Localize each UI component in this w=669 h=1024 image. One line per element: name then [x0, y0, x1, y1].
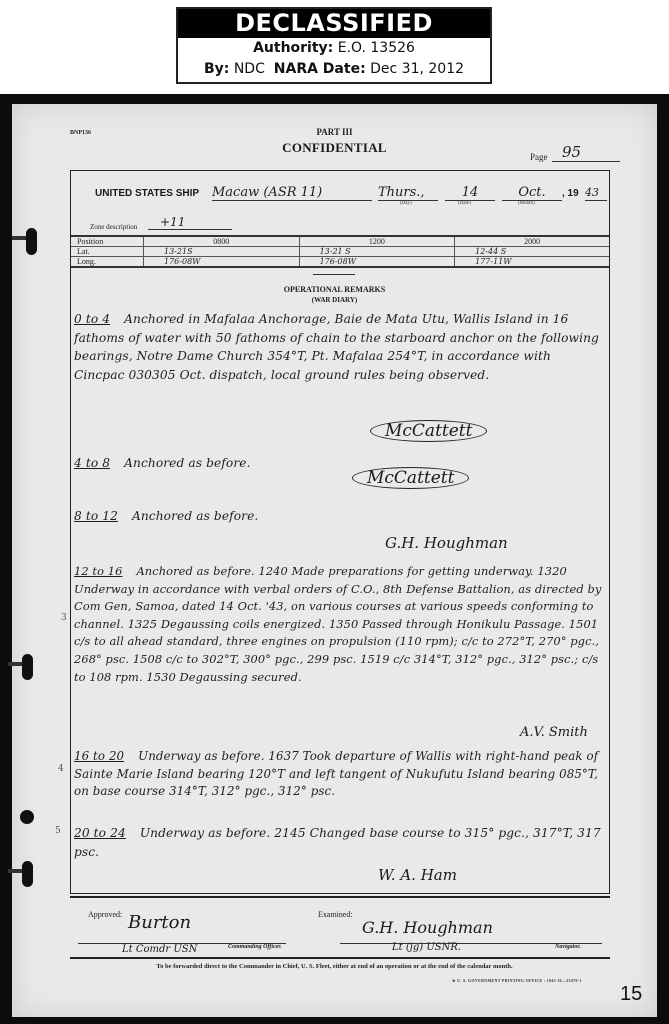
ship-label: UNITED STATES SHIP — [95, 188, 199, 199]
lat-1200: 13-21 S — [299, 247, 455, 257]
entry-text: Anchored as before. 1240 Made preparatio… — [74, 564, 601, 684]
signature-0-4: McCattett — [370, 420, 487, 442]
ship-name: Macaw (ASR 11) — [212, 186, 372, 201]
day-value: Thurs., — [378, 186, 438, 201]
lat-label: Lat. — [71, 247, 144, 257]
printer-imprint: ★ U. S. GOVERNMENT PRINTING OFFICE : 194… — [452, 978, 582, 983]
long-2000: 177-11W — [455, 257, 609, 268]
navigator-label: Navigator. — [555, 944, 581, 950]
month-label: (Month) — [518, 201, 535, 206]
archive-page-number: 15 — [620, 983, 642, 1006]
month-value: Oct. — [502, 186, 562, 201]
year-prefix: , 19 — [562, 188, 579, 199]
margin-mark: 3 — [61, 613, 67, 623]
log-entry-8-12: 8 to 12Anchored as before. — [74, 507, 604, 526]
approval-divider — [70, 896, 610, 898]
position-header-row: Position 0800 1200 2000 — [71, 236, 609, 247]
page-number: 95 — [552, 143, 620, 162]
nara-line: By: NDC NARA Date: Dec 31, 2012 — [178, 59, 490, 80]
commanding-officer-label: Commanding Officer. — [228, 944, 282, 950]
binder-hole — [22, 654, 33, 680]
time-0800: 0800 — [144, 236, 300, 247]
signature-4-8: McCattett — [352, 467, 469, 489]
log-entry-0-4: 0 to 4Anchored in Mafalaa Anchorage, Bai… — [74, 310, 604, 384]
day-label: (Day) — [400, 201, 412, 206]
examined-label: Examined: — [318, 910, 353, 919]
by-label: By: — [204, 61, 229, 77]
time-2000: 2000 — [455, 236, 609, 247]
margin-mark: 5 — [55, 826, 61, 836]
entry-text: Anchored as before. — [132, 509, 258, 523]
long-1200: 176-08W — [299, 257, 455, 268]
forwarding-instruction: To be forwarded direct to the Commander … — [0, 963, 669, 970]
examined-signature: G.H. Houghman — [362, 918, 493, 937]
log-entry-16-20: 16 to 20Underway as before. 1637 Took de… — [74, 748, 604, 801]
position-table: Position 0800 1200 2000 Lat. 13-21S 13-2… — [71, 235, 609, 268]
lat-2000: 12-44 S — [455, 247, 609, 257]
watch-label: 12 to 16 — [74, 564, 122, 578]
entry-text: Underway as before. 1637 Took departure … — [74, 749, 598, 798]
authority-line: Authority: E.O. 13526 — [178, 38, 490, 59]
declassified-stamp: DECLASSIFIED Authority: E.O. 13526 By: N… — [176, 7, 492, 84]
remarks-subtitle: (WAR DIARY) — [0, 296, 669, 304]
entry-text: Anchored in Mafalaa Anchorage, Baie de M… — [74, 312, 599, 382]
authority-label: Authority: — [253, 40, 333, 56]
time-1200: 1200 — [299, 236, 455, 247]
lat-row: Lat. 13-21S 13-21 S 12-44 S — [71, 247, 609, 257]
page-label: Page — [530, 152, 548, 162]
binder-hole — [26, 228, 37, 255]
signature-12-16: A.V. Smith — [520, 725, 588, 740]
entry-text: Anchored as before. — [124, 456, 250, 470]
watch-label: 20 to 24 — [74, 826, 126, 840]
approved-label: Approved: — [88, 910, 122, 919]
authority-value: E.O. 13526 — [338, 40, 415, 56]
log-entry-12-16: 12 to 16Anchored as before. 1240 Made pr… — [74, 563, 604, 686]
watch-label: 0 to 4 — [74, 312, 110, 326]
signature-8-12: G.H. Houghman — [385, 534, 508, 552]
watch-label: 16 to 20 — [74, 749, 124, 763]
remarks-title: OPERATIONAL REMARKS — [0, 285, 669, 294]
declassified-banner: DECLASSIFIED — [178, 9, 490, 38]
entry-text: Underway as before. 2145 Changed base co… — [74, 826, 601, 859]
divider — [313, 274, 355, 275]
binder-hole — [22, 861, 33, 887]
lat-0800: 13-21S — [144, 247, 300, 257]
nara-date-label: NARA Date: — [274, 61, 366, 77]
long-0800: 176-08W — [144, 257, 300, 268]
binder-hole — [20, 810, 34, 824]
date-value: 14 — [445, 186, 495, 201]
watch-label: 8 to 12 — [74, 509, 118, 523]
log-entry-20-24: 20 to 24Underway as before. 2145 Changed… — [74, 824, 604, 861]
part-heading: PART III — [0, 127, 669, 137]
margin-mark: 4 — [58, 764, 64, 774]
form-bottom-border — [70, 957, 610, 959]
long-label: Long. — [71, 257, 144, 268]
long-row: Long. 176-08W 176-08W 177-11W — [71, 257, 609, 268]
approved-rank: Lt Comdr USN — [122, 944, 197, 955]
year-suffix: 43 — [585, 186, 607, 201]
date-label: (Date) — [458, 201, 471, 206]
watch-label: 4 to 8 — [74, 456, 110, 470]
by-value: NDC — [234, 61, 265, 77]
approved-signature: Burton — [128, 912, 191, 933]
zone-value: +11 — [148, 215, 232, 230]
nara-date-value: Dec 31, 2012 — [370, 61, 464, 77]
position-header: Position — [71, 236, 144, 247]
log-entry-4-8: 4 to 8Anchored as before. — [74, 454, 604, 473]
signature-20-24: W. A. Ham — [378, 866, 457, 884]
zone-label: Zone description — [90, 223, 137, 231]
